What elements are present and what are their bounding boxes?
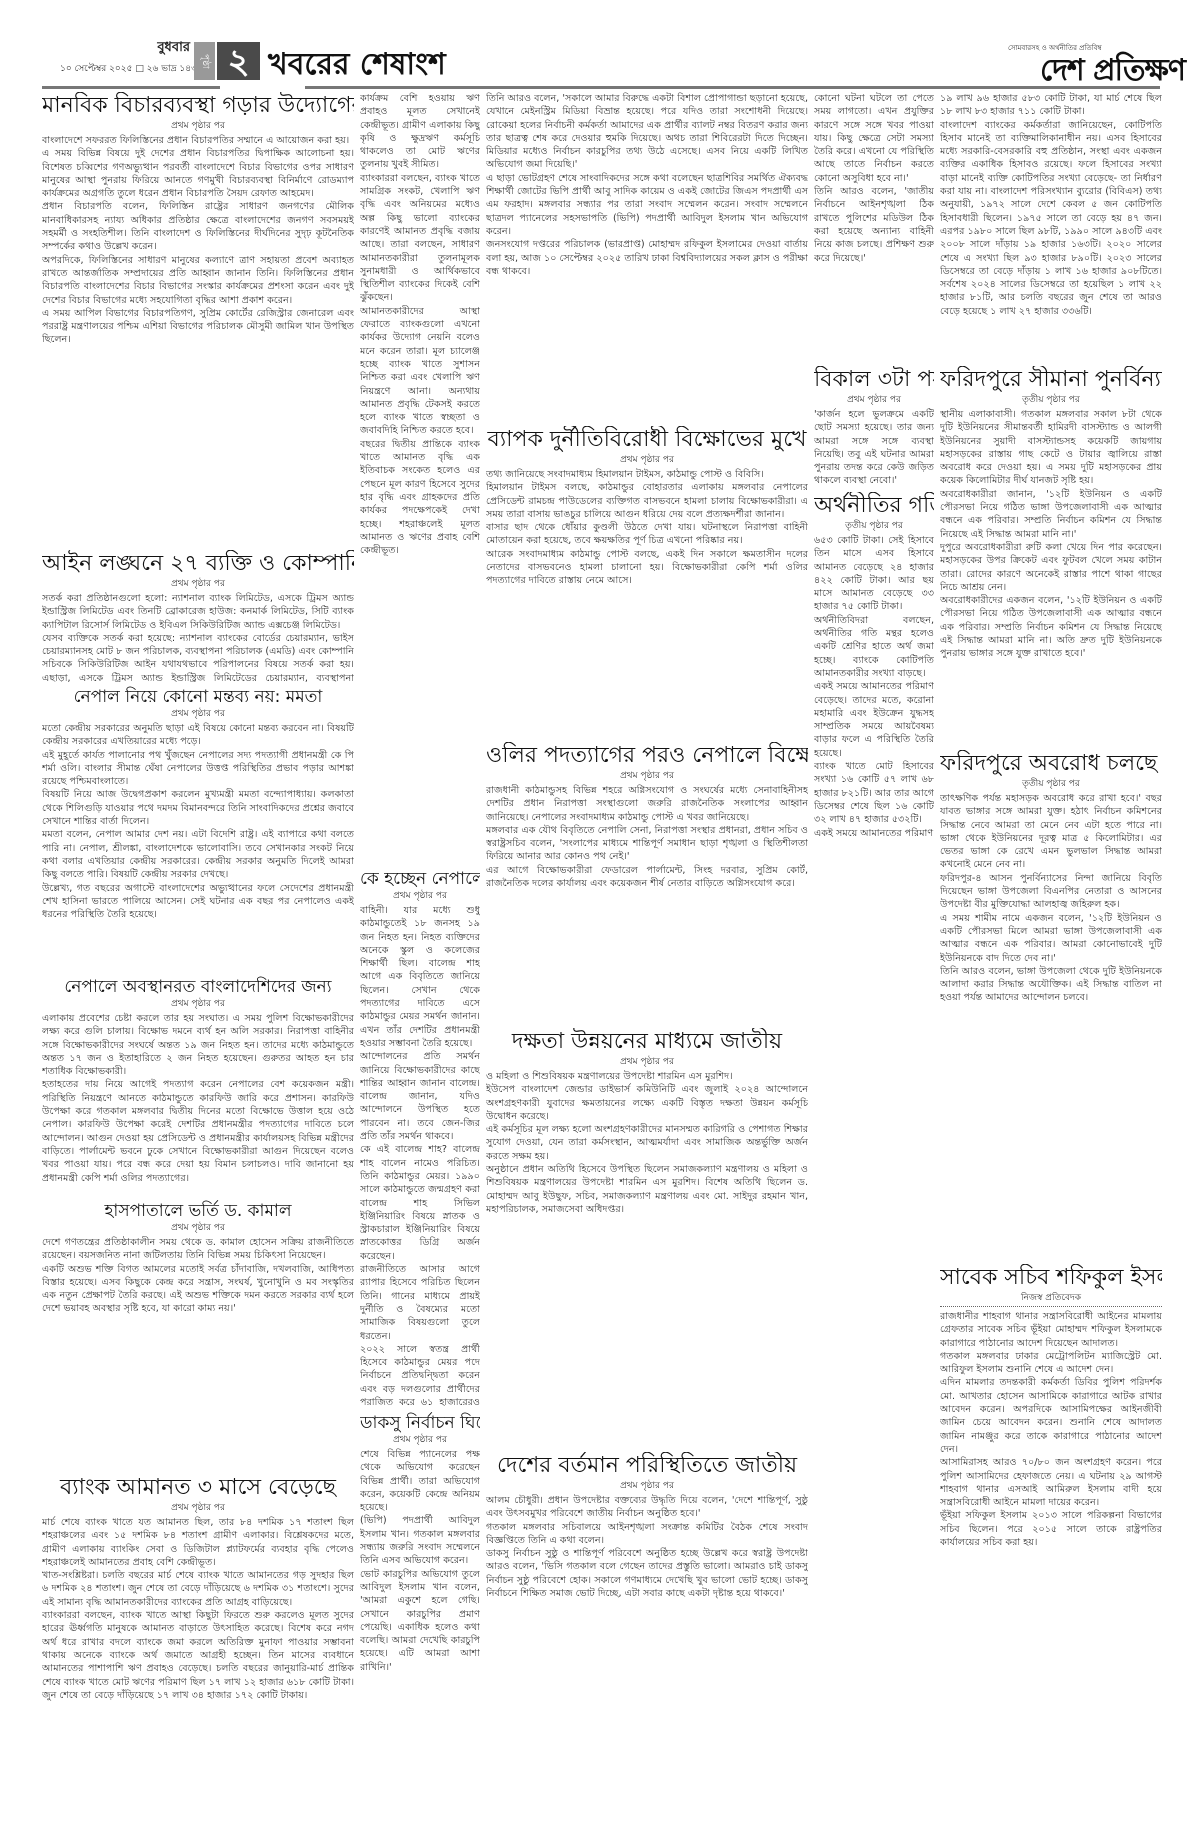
article-block: ডাকসু নির্বাচন ঘিরেপ্রথম পৃষ্ঠার পরশেষে … — [360, 1412, 480, 1812]
article-body: এলাকায় প্রবেশের চেষ্টা করলে তার হয় সংঘ… — [42, 1012, 354, 1185]
article-paragraph: বাহিনী। যার মধ্যে শুধু কাঠমান্ডুতেই ১৮ জ… — [360, 904, 480, 1050]
article-kicker: প্রথম পৃষ্ঠার পর — [42, 998, 354, 1010]
article-paragraph: ইউসেপ বাংলাদেশ জেন্ডার ডাইভার্স কমিউনিটি… — [486, 1083, 808, 1123]
article-kicker: তৃতীয় পৃষ্ঠার পর — [814, 520, 934, 532]
article-body: স্থানীয় এলাকাবাসী। গতকাল মঙ্গলবার সকাল … — [940, 408, 1162, 661]
article-block: তিনি আরও বলেন, 'সকালে আমার বিরুদ্ধে একটা… — [486, 92, 808, 422]
article-paragraph: আলম চৌধুরী। প্রধান উপদেষ্টার বক্তব্যের উ… — [486, 1494, 808, 1521]
article-paragraph: উল্লেখ্য, গত বছরের অগাস্টে বাংলাদেশের অভ… — [42, 882, 354, 922]
header-rule-left — [42, 86, 220, 89]
article-body: রাজধানীর শাহবাগ থানার সন্ত্রাসবিরোধী আইন… — [940, 1310, 1162, 1549]
article-paragraph: কার্যক্রম বেশি হওয়ায় ঋণ প্রবাহও মূলত স… — [360, 92, 480, 172]
article-paragraph: (ভিপি) পদপ্রার্থী আবিদুল ইসলাম খান। গতকা… — [360, 1514, 480, 1567]
article-block: ফরিদপুরে অবরোধ চলছে ঢাকারতৃতীয় পৃষ্ঠার … — [940, 750, 1162, 1260]
article-body: ১৯ লাখ ৯৬ হাজার ৫৮৩ কোটি টাকা, যা মার্চ … — [940, 92, 1162, 318]
article-paragraph: একই সময়ে আমানতের পরিমাণ বেড়েছে। তাদের … — [814, 680, 934, 760]
header-rule-right — [305, 86, 1160, 89]
article-paragraph: এর আগে বিক্ষোভকারীরা ফেডারেল পার্লামেন্ট… — [486, 864, 808, 891]
article-headline: দেশের বর্তমান পরিস্থিতিতে জাতীয় — [486, 1452, 808, 1480]
article-paragraph: এ সময় শামীম নামে একজন বলেন, '১২টি ইউনিয… — [940, 912, 1162, 965]
article-headline: নেপালে অবস্থানরত বাংলাদেশিদের জন্য — [42, 976, 354, 998]
article-paragraph: বাসার ছাদ থেকে ধোঁয়ার কুণ্ডলী উঠতে দেখা… — [486, 521, 808, 548]
article-block: হাসপাতালে ভর্তি ড. কামালপ্রথম পৃষ্ঠার পর… — [42, 1200, 354, 1470]
article-paragraph: আসামিরাসহ আরও ৭০/৮০ জন অংশগ্রহণ করেন। পর… — [940, 1456, 1162, 1509]
article-paragraph: অনুষ্ঠানে প্রধান অতিথি হিসেবে উপস্থিত ছি… — [486, 1163, 808, 1216]
article-block: নেপাল নিয়ে কোনো মন্তব্য নয়: মমতাপ্রথম … — [42, 686, 354, 972]
article-block: নেপালে অবস্থানরত বাংলাদেশিদের জন্যপ্রথম … — [42, 976, 354, 1196]
article-paragraph: ২০২২ সালে স্বতন্ত্র প্রার্থী হিসেবে কাঠম… — [360, 1343, 480, 1408]
article-headline: বিকাল ৩টা পর্যন্ত — [814, 366, 934, 394]
article-paragraph: গতকাল মঙ্গলবার সচিবালয়ে আইনশৃঙ্খলা সংক্… — [486, 1521, 808, 1548]
article-paragraph: তাৎক্ষণিক পর্যন্ত মহাসড়ক অবরোধ করে রাখা… — [940, 792, 1162, 872]
article-paragraph: অবরোধকারীদের একজন বলেন, '১২টি ইউনিয়ন ও … — [940, 594, 1162, 660]
article-body: তথ্য জানিয়েছে সংবাদমাধ্যম হিমালয়ান টাই… — [486, 468, 808, 588]
article-body: মার্চ শেষে ব্যাংক খাতে যত আমানত ছিল, তার… — [42, 1516, 354, 1702]
article-paragraph: অপরদিকে, ফিলিস্তিনের সাধারণ মানুষের কল্য… — [42, 254, 354, 307]
article-paragraph: তিনি আরও বলেন, 'সকালে আমার বিরুদ্ধে একটা… — [486, 92, 808, 172]
article-paragraph: এই মুহূর্তে কার্যত পালানোর পথ খুঁজছেন নে… — [42, 749, 354, 789]
article-headline: ফরিদপুরে সীমানা পুনর্বিন্যাসের দাবিতে — [940, 366, 1162, 394]
article-kicker: প্রথম পৃষ্ঠার পর — [486, 454, 808, 466]
date-block: বুধবার ১০ সেপ্টেম্বর ২০২৫ □ ২৬ ভাদ্র ১৪৩… — [60, 38, 190, 76]
article-paragraph: দুপুরে অবরোধকারীরা রুটি কলা খেয়ে দিন পা… — [940, 541, 1162, 594]
article-paragraph: তথ্য জানিয়েছে সংবাদমাধ্যম হিমালয়ান টাই… — [486, 468, 808, 481]
article-headline: ওলির পদত্যাগের পরও নেপালে বিক্ষোভ — [486, 742, 808, 770]
article-paragraph: এলাকায় প্রবেশের চেষ্টা করলে তার হয় সংঘ… — [42, 1012, 354, 1078]
article-block: ব্যাপক দুর্নীতিবিরোধী বিক্ষোভের মুখেপ্রথ… — [486, 426, 808, 738]
article-kicker: তৃতীয় পৃষ্ঠার পর — [940, 778, 1162, 790]
article-paragraph: একটি অশুভ শক্তি বিগত আমলের মতোই সর্বত্র … — [42, 1263, 354, 1316]
article-block: সাবেক সচিব শফিকুল ইসলাম কারাগারেনিজস্ব প… — [940, 1264, 1162, 1814]
article-block: মানবিক বিচারব্যবস্থা গড়ার উদ্যোগেরপ্রথম… — [42, 92, 354, 546]
article-body: তিনি আরও বলেন, 'সকালে আমার বিরুদ্ধে একটা… — [486, 92, 808, 278]
article-paragraph: ব্যাংকাররা বলছেন, ব্যাংক খাতে আস্থা কিছু… — [42, 1609, 354, 1702]
article-block: অর্থনীতির গতিতৃতীয় পৃষ্ঠার পর৬৫৩ কোটি ট… — [814, 492, 934, 1814]
article-block: কে হচ্ছেন নেপালেরপ্রথম পৃষ্ঠার পরবাহিনী।… — [360, 868, 480, 1408]
article-paragraph: জনসংযোগ দপ্তরের পরিচালক (ভারপ্রাপ্ত) মোহ… — [486, 238, 808, 278]
article-body: বাহিনী। যার মধ্যে শুধু কাঠমান্ডুতেই ১৮ জ… — [360, 904, 480, 1408]
article-paragraph: হিমালয়ান টাইমস বলছে, কাঠমান্ডুর বোহারতা… — [486, 481, 808, 521]
article-paragraph: স্থানীয় এলাকাবাসী। গতকাল মঙ্গলবার সকাল … — [940, 408, 1162, 488]
article-body: বাংলাদেশে সফররত ফিলিস্তিনের প্রধান বিচার… — [42, 134, 354, 347]
article-block: ফরিদপুরে সীমানা পুনর্বিন্যাসের দাবিতেতৃত… — [940, 366, 1162, 746]
article-paragraph: মতো কেন্দ্রীয় সরকারের অনুমতি ছাড়া এই ব… — [42, 722, 354, 749]
article-headline: ডাকসু নির্বাচন ঘিরে — [360, 1412, 480, 1434]
article-paragraph: ৬৫৩ কোটি টাকা। সেই হিসাবে তিন মাসে এসব হ… — [814, 534, 934, 614]
article-paragraph: দেশে গণতন্ত্রের প্রতিষ্ঠাকালীন সময় থেকে… — [42, 1236, 354, 1263]
article-headline: মানবিক বিচারব্যবস্থা গড়ার উদ্যোগের — [42, 92, 354, 120]
article-kicker: প্রথম পৃষ্ঠার পর — [486, 1056, 808, 1068]
article-block: দক্ষতা উন্নয়নের মাধ্যমে জাতীয়প্রথম পৃষ… — [486, 1028, 808, 1448]
article-paragraph: এ ছাড়া ভোটগ্রহণ শেষে সাংবাদিকদের সঙ্গে … — [486, 172, 808, 238]
article-paragraph: মমতা বলেন, নেপাল আমার দেশ নয়। এটা বিদেশ… — [42, 828, 354, 881]
article-paragraph: ফরিদপুর-৪ আসন পুনর্বিন্যাসের নিন্দা জানি… — [940, 872, 1162, 912]
article-paragraph: বাংলাদেশে সফররত ফিলিস্তিনের প্রধান বিচার… — [42, 134, 354, 147]
page-number: ২ — [217, 42, 260, 80]
article-paragraph: এই কর্মসূচির মূল লক্ষ্য হলো অংশগ্রহণকারী… — [486, 1123, 808, 1163]
article-block: ব্যাংক আমানত ৩ মাসে বেড়েছেপ্রথম পৃষ্ঠার… — [42, 1474, 354, 1814]
article-headline: ব্যাপক দুর্নীতিবিরোধী বিক্ষোভের মুখে — [486, 426, 808, 454]
article-paragraph: ব্যাংক খাতে মোট হিসাবের সংখ্যা ১৬ কোটি ৫… — [814, 760, 934, 826]
article-paragraph: যেসব ব্যক্তিকে সতর্ক করা হয়েছে: ন্যাশনা… — [42, 632, 354, 682]
article-block: বিকাল ৩টা পর্যন্তপ্রথম পৃষ্ঠার পর'কার্জন… — [814, 366, 934, 488]
article-body: মতো কেন্দ্রীয় সরকারের অনুমতি ছাড়া এই ব… — [42, 722, 354, 921]
article-paragraph: এদিন মামলার তদন্তকারী কর্মকর্তা ডিবির পু… — [940, 1376, 1162, 1456]
section-title: খবরের শেষাংশ — [268, 40, 446, 91]
article-paragraph: অবরোধকারীরা জানান, '১২টি ইউনিয়ন ও একটি … — [940, 488, 1162, 541]
weekday: বুধবার — [60, 38, 190, 59]
article-paragraph: রাজধানী কাঠমান্ডুসহ বিভিন্ন শহরে অগ্নিসং… — [486, 784, 808, 824]
article-headline: নেপাল নিয়ে কোনো মন্তব্য নয়: মমতা — [42, 686, 354, 708]
article-body: ৬৫৩ কোটি টাকা। সেই হিসাবে তিন মাসে এসব হ… — [814, 534, 934, 840]
article-paragraph: মার্চ শেষে ব্যাংক খাতে যত আমানত ছিল, তার… — [42, 1516, 354, 1569]
article-headline: অর্থনীতির গতি — [814, 492, 934, 520]
article-body: আলম চৌধুরী। প্রধান উপদেষ্টার বক্তব্যের উ… — [486, 1494, 808, 1600]
article-kicker: প্রথম পৃষ্ঠার পর — [486, 1480, 808, 1492]
article-kicker: নিজস্ব প্রতিবেদক — [940, 1292, 1162, 1304]
article-paragraph: আমানতকারীদের আস্থা ফেরাতে ব্যাংকগুলো এখন… — [360, 305, 480, 438]
brand-name: দেশ প্রতিক্ষণ — [930, 54, 1185, 88]
article-paragraph: হতাহতের দায় নিয়ে আগেই পদত্যাগ করেন নেপ… — [42, 1078, 354, 1184]
article-headline: আইন লঙ্ঘনে ২৭ ব্যক্তি ও কোম্পানিকে — [42, 550, 354, 578]
article-kicker: প্রথম পৃষ্ঠার পর — [486, 770, 808, 782]
article-kicker: প্রথম পৃষ্ঠার পর — [42, 1222, 354, 1234]
article-headline: সাবেক সচিব শফিকুল ইসলাম কারাগারে — [940, 1264, 1162, 1292]
article-paragraph: অর্থনীতিবিদরা বলছেন, অর্থনীতির গতি মন্থর… — [814, 614, 934, 680]
article-block: কার্যক্রম বেশি হওয়ায় ঋণ প্রবাহও মূলত স… — [360, 92, 480, 864]
article-body: দেশে গণতন্ত্রের প্রতিষ্ঠাকালীন সময় থেকে… — [42, 1236, 354, 1316]
article-body: কার্যক্রম বেশি হওয়ায় ঋণ প্রবাহও মূলত স… — [360, 92, 480, 557]
article-paragraph: খাত-সংশ্লিষ্টরা। চলতি বছরের মার্চ শেষে ব… — [42, 1569, 354, 1609]
article-block: আইন লঙ্ঘনে ২৭ ব্যক্তি ও কোম্পানিকেপ্রথম … — [42, 550, 354, 682]
article-kicker: প্রথম পৃষ্ঠার পর — [360, 890, 480, 902]
article-paragraph: কোনো ঘটনা ঘটলে তা পেতে সময় লাগতো। এখন প… — [814, 92, 934, 185]
article-paragraph: আন্দোলনের প্রতি সমর্থন জানিয়ে বিক্ষোভকা… — [360, 1050, 480, 1143]
article-paragraph: আরেক সংবাদমাধ্যম কাঠমান্ডু পোস্ট বলছে, এ… — [486, 548, 808, 588]
article-paragraph: তিনি আরও বলেন, ভাঙ্গা উপজেলা থেকে দুটি ই… — [940, 965, 1162, 1005]
article-paragraph: বছরের দ্বিতীয় প্রান্তিকে ব্যাংক খাতে আম… — [360, 438, 480, 558]
byline-divider — [940, 1306, 1162, 1307]
article-paragraph: ব্যাংকাররা বলছেন, ব্যাংক খাতে সামগ্রিক স… — [360, 172, 480, 305]
article-paragraph: রাজনীতিতে আসার আগে র‍্যাপার হিসেবে পরিচি… — [360, 1263, 480, 1343]
article-paragraph: ১৯ লাখ ৯৬ হাজার ৫৮৩ কোটি টাকা, যা মার্চ … — [940, 92, 1162, 119]
article-block: ওলির পদত্যাগের পরও নেপালে বিক্ষোভপ্রথম প… — [486, 742, 808, 1024]
article-paragraph: শেষে বিভিন্ন প্যানেলের পক্ষ থেকে অভিযোগ … — [360, 1448, 480, 1514]
article-paragraph: তিনি আরও বলেন, 'জাতীয় নির্বাচনে আইনশৃঙ্… — [814, 185, 934, 265]
article-block: কোনো ঘটনা ঘটলে তা পেতে সময় লাগতো। এখন প… — [814, 92, 934, 362]
article-headline: দক্ষতা উন্নয়নের মাধ্যমে জাতীয় — [486, 1028, 808, 1056]
article-paragraph: প্রধান বিচারপতি বলেন, ফিলিস্তিন রাষ্ট্রে… — [42, 200, 354, 253]
article-kicker: প্রথম পৃষ্ঠার পর — [42, 120, 354, 132]
article-paragraph: রাজধানীর শাহবাগ থানার সন্ত্রাসবিরোধী আইন… — [940, 1310, 1162, 1350]
article-paragraph: 'কার্জন হলে ভুলক্রমে একটি ছোট সমস্যা হয়… — [814, 408, 934, 488]
article-block: দেশের বর্তমান পরিস্থিতিতে জাতীয়প্রথম পৃ… — [486, 1452, 808, 1814]
article-paragraph: বাংলাদেশ ব্যাংকের কর্মকর্তারা জানিয়েছেন… — [940, 119, 1162, 318]
article-headline: ব্যাংক আমানত ৩ মাসে বেড়েছে — [42, 1474, 354, 1502]
article-paragraph: ভূঁইয়া সফিকুল ইসলাম ২০১৩ সালে পরিকল্পনা… — [940, 1509, 1162, 1549]
article-paragraph: কে এই বালেন্দ্র শাহ? বালেন্দ্র শাহ বালেন… — [360, 1143, 480, 1263]
article-paragraph: ডাকসু নির্বাচন সুষ্ঠু ও শান্তিপূর্ণ পরিব… — [486, 1547, 808, 1600]
article-body: ও মহিলা ও শিশুবিষয়ক মন্ত্রণালয়ের উপদেষ… — [486, 1070, 808, 1216]
date-line: ১০ সেপ্টেম্বর ২০২৫ □ ২৬ ভাদ্র ১৪৩২ — [60, 61, 190, 76]
page-label: পৃষ্ঠা — [194, 42, 215, 80]
article-paragraph: বিষয়টি নিয়ে আজ উদ্বেগপ্রকাশ করলেন মুখ্… — [42, 788, 354, 828]
article-body: 'কার্জন হলে ভুলক্রমে একটি ছোট সমস্যা হয়… — [814, 408, 934, 488]
article-body: সতর্ক করা প্রতিষ্ঠানগুলো হলো: ন্যাশনাল ব… — [42, 592, 354, 682]
article-paragraph: ও মহিলা ও শিশুবিষয়ক মন্ত্রণালয়ের উপদেষ… — [486, 1070, 808, 1083]
article-paragraph: সতর্ক করা প্রতিষ্ঠানগুলো হলো: ন্যাশনাল ব… — [42, 592, 354, 632]
article-body: কোনো ঘটনা ঘটলে তা পেতে সময় লাগতো। এখন প… — [814, 92, 934, 265]
article-body: শেষে বিভিন্ন প্যানেলের পক্ষ থেকে অভিযোগ … — [360, 1448, 480, 1674]
article-block: ১৯ লাখ ৯৬ হাজার ৫৮৩ কোটি টাকা, যা মার্চ … — [940, 92, 1162, 362]
article-paragraph: এ সময় বিভিন্ন বিষয়ে দুই দেশের প্রধান ব… — [42, 147, 354, 200]
article-body: রাজধানী কাঠমান্ডুসহ বিভিন্ন শহরে অগ্নিসং… — [486, 784, 808, 890]
article-paragraph: একই সময়ে আমানতের পরিমাণ — [814, 827, 934, 840]
article-paragraph: মঙ্গলবার এক যৌথ বিবৃতিতে নেপালি সেনা, নি… — [486, 824, 808, 864]
article-kicker: প্রথম পৃষ্ঠার পর — [42, 578, 354, 590]
article-paragraph: গতকাল মঙ্গলবার ঢাকার মেট্রোপলিটন ম্যাজিস… — [940, 1350, 1162, 1377]
article-kicker: প্রথম পৃষ্ঠার পর — [42, 708, 354, 720]
article-paragraph: এ সময় আপিল বিভাগের বিচারপতিগণ, সুপ্রিম … — [42, 307, 354, 347]
article-kicker: তৃতীয় পৃষ্ঠার পর — [940, 394, 1162, 406]
article-headline: ফরিদপুরে অবরোধ চলছে ঢাকার — [940, 750, 1162, 778]
article-headline: হাসপাতালে ভর্তি ড. কামাল — [42, 1200, 354, 1222]
article-kicker: প্রথম পৃষ্ঠার পর — [42, 1502, 354, 1514]
masthead: বুধবার ১০ সেপ্টেম্বর ২০২৫ □ ২৬ ভাদ্র ১৪৩… — [0, 0, 1200, 80]
article-paragraph: ভোট কারচুপির অভিযোগ তুলে আবিদুল ইসলাম খা… — [360, 1568, 480, 1674]
article-kicker: প্রথম পৃষ্ঠার পর — [814, 394, 934, 406]
newspaper-logo: সোমবারসহ ও অর্থনীতির প্রতিবিম্ব দেশ প্রত… — [930, 42, 1185, 88]
article-headline: কে হচ্ছেন নেপালের — [360, 868, 480, 890]
article-body: তাৎক্ষণিক পর্যন্ত মহাসড়ক অবরোধ করে রাখা… — [940, 792, 1162, 1005]
article-kicker: প্রথম পৃষ্ঠার পর — [360, 1434, 480, 1446]
